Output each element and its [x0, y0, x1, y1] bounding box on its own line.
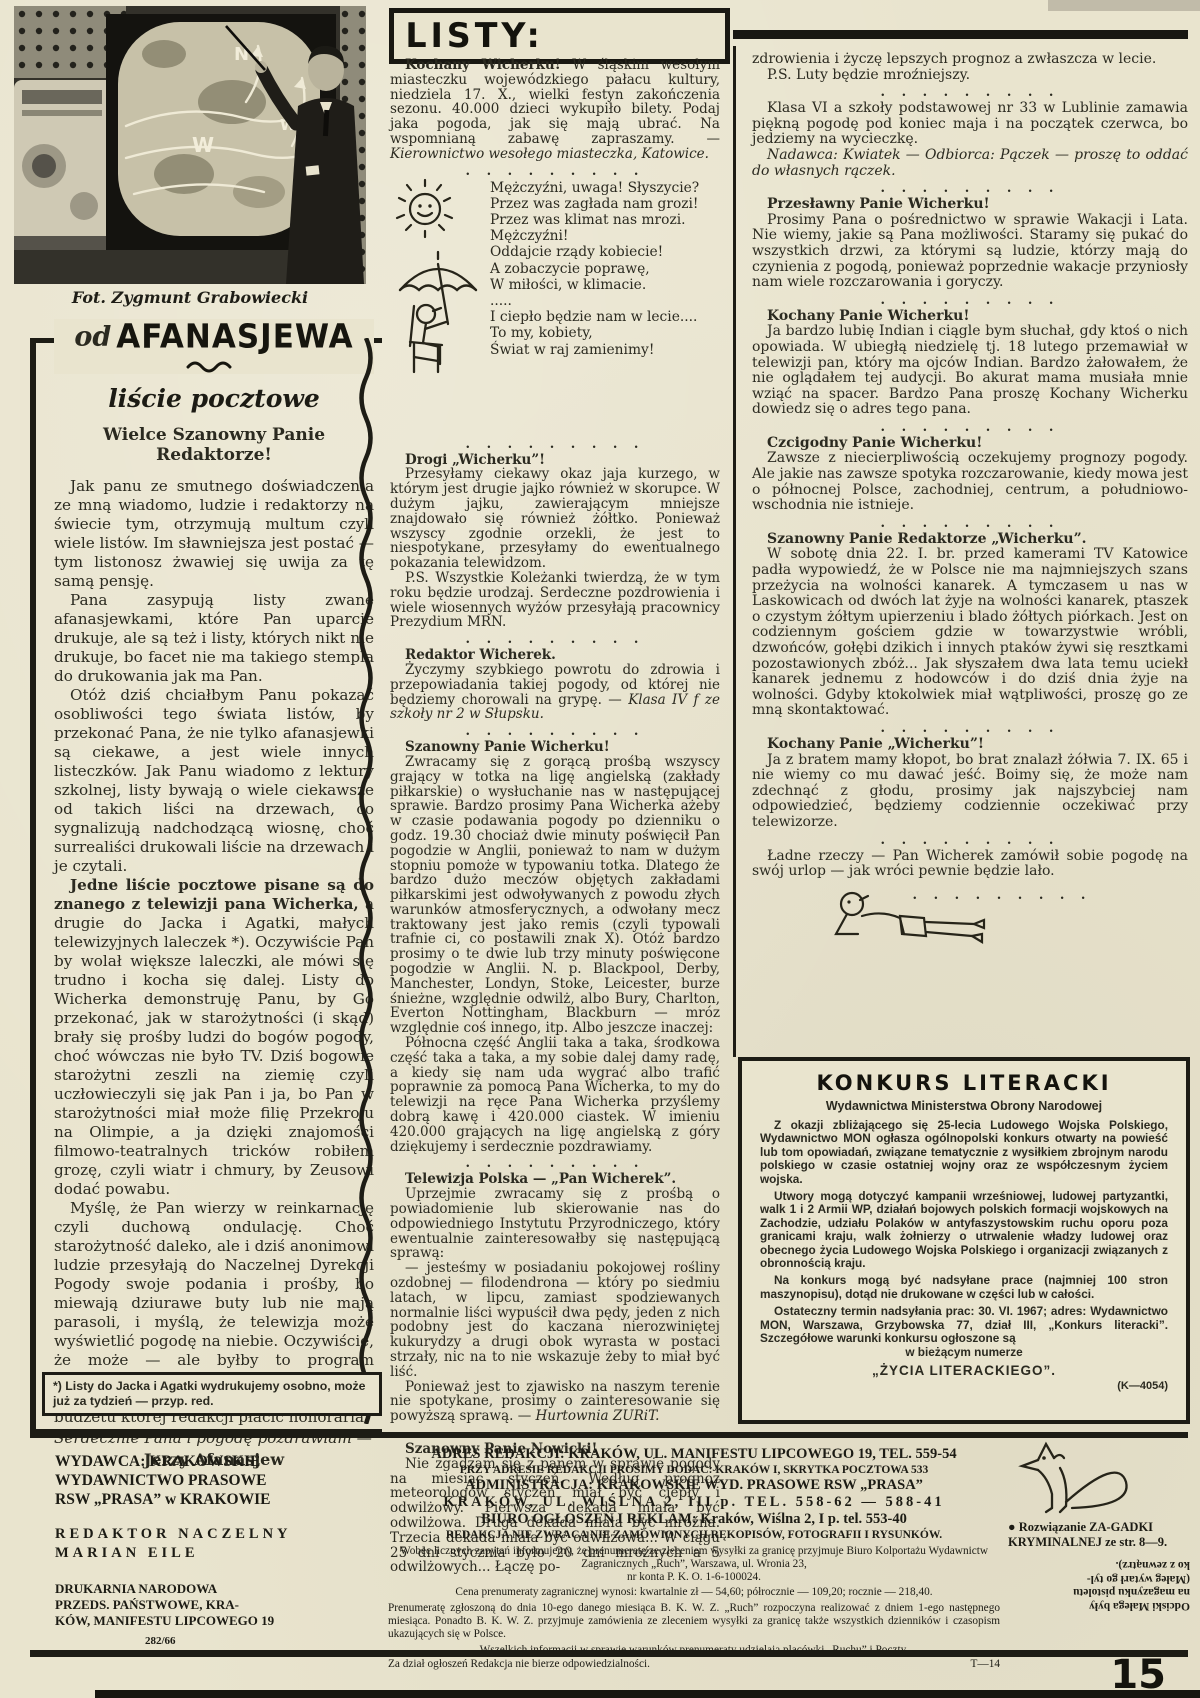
poem-line: .....: [490, 293, 720, 309]
printer-line: PRZEDS. PAŃSTWOWE, KRA-: [55, 1597, 360, 1613]
address-line: REDAKCJA NIE ZWRACA NIE ZAMÓWIONYCH RĘKO…: [388, 1528, 1000, 1542]
dotted-separator: . . . . . . . . .: [390, 1158, 720, 1169]
letter-heading: Przesławny Panie Wicherku!: [752, 197, 1188, 213]
footer-code: T—14: [971, 1658, 1001, 1670]
poem-line: Przez was klimat nas mrozi.: [490, 212, 720, 228]
subscription-line: nr konta P. K. O. 1-6-100024.: [388, 1571, 1000, 1584]
konkurs-title: KONKURS LITERACKI: [760, 1071, 1168, 1095]
letter-heading: Telewizja Polska — „Pan Wicherek”.: [390, 1172, 720, 1187]
letter-heading: Kochany Panie „Wicherku”!: [752, 737, 1188, 753]
page-edge-strip: [95, 1690, 1200, 1698]
konkurs-paragraph: w bieżącym numerze: [760, 1346, 1168, 1359]
letter-lead: Kochany Wicherku!: [405, 57, 561, 73]
address-line: KRAKÓW, UL. WIŚLNA 2, III p. TEL. 558-62…: [388, 1494, 1000, 1511]
poem-line: To my, kobiety,: [490, 325, 720, 341]
letter-body: Zwracamy się z gorącą prośbą wszyscy gra…: [390, 755, 720, 1036]
letter-body: P.S. Wszystkie Koleżanki twierdzą, że w …: [390, 571, 720, 630]
letters-column-right: zdrowienia i życzę lepszych prognoz a zw…: [752, 52, 1188, 946]
konkurs-literacki-box: KONKURS LITERACKI Wydawnictwa Ministerst…: [738, 1057, 1190, 1424]
poem-line: W miłości, w klimacie.: [490, 277, 720, 293]
letter-heading: Szanowny Panie Wicherku!: [390, 740, 720, 755]
letter-body: Prosimy Pana o pośrednictwo w sprawie Wa…: [752, 213, 1188, 291]
magazine-page: N W W Fot. Zygmunt Grabowiecki LISTY:: [0, 0, 1200, 1698]
letter-heading: Czcigodny Panie Wicherku!: [752, 436, 1188, 452]
dotted-separator: . . . . . . . . .: [752, 183, 1188, 194]
letter-heading: Redaktor Wicherek.: [390, 648, 720, 663]
article-footnote: *) Listy do Jacka i Agatki wydrukujemy o…: [53, 1379, 366, 1408]
dotted-separator: . . . . . . . . .: [752, 87, 1188, 98]
listy-title: LISTY:: [396, 19, 544, 53]
letter-ps: P.S. Luty będzie mroźniejszy.: [752, 68, 1188, 84]
letter-kochany-wicherku: Kochany Wicherku! W śląskim wesołym mias…: [390, 58, 720, 162]
letter-body: Ja bardzo lubię Indian i ciągle bym słuc…: [752, 324, 1188, 418]
printer-line: KÓW, MANIFESTU LIPCOWEGO 19: [55, 1613, 360, 1629]
poem-line: Oddajcie rządy kobiecie!: [490, 244, 720, 260]
publisher-line: WYDAWNICTWO PRASOWE: [55, 1471, 360, 1490]
letter-body: Ja z bratem mamy kłopot, bo brat znalazł…: [752, 753, 1188, 831]
subscription-line: Prenumeratę zgłoszoną do dnia 10-ego dan…: [388, 1602, 1000, 1640]
footer-address-block: ADRES REDAKCJI: KRAKÓW, UL. MANIFESTU LI…: [388, 1446, 1000, 1670]
poem-line: Przez was zagłada nam grozi!: [490, 196, 720, 212]
konkurs-paragraph: Ostateczny termin nadsyłania prac: 30. V…: [760, 1305, 1168, 1345]
article-footnote-box: *) Listy do Jacka i Agatki wydrukujemy o…: [42, 1372, 382, 1416]
printer-line: DRUKARNIA NARODOWA: [55, 1581, 360, 1597]
weather-map-illustration: N W W: [14, 6, 366, 284]
wavy-column-edge: [357, 338, 375, 1424]
konkurs-paragraph: Utwory mogą dotyczyć kampanii wrześniowe…: [760, 1190, 1168, 1270]
letter-body: Klasa VI a szkoły podstawowej nr 33 w Lu…: [752, 101, 1188, 148]
letter-body: Ponieważ jest to zjawisko na naszym tere…: [390, 1380, 720, 1424]
wavy-flourish-icon: [186, 358, 242, 374]
footer-bottom-rule: [30, 1650, 1188, 1657]
konkurs-paragraph: Z okazji zbliżającego się 25-lecia Ludow…: [760, 1119, 1168, 1186]
print-order-number: 282/66: [55, 1635, 360, 1647]
article-paragraph: Jedne liście pocztowe pisane są do znane…: [54, 876, 374, 1199]
dotted-separator: . . . . . . . . .: [902, 890, 1102, 901]
address-line: BIURO OGŁOSZEŃ I REKLAM: Kraków, Wiślna …: [388, 1511, 1000, 1528]
top-rule: [733, 30, 1188, 39]
subscription-line: Cena prenumeraty zagranicznej wynosi: kw…: [388, 1586, 1000, 1599]
address-line: ADRES REDAKCJI: KRAKÓW, UL. MANIFESTU LI…: [388, 1446, 1000, 1463]
dotted-separator: . . . . . . . . .: [390, 439, 720, 450]
article-title: od AFANASJEWA: [54, 319, 374, 374]
publisher-line: WYDAWCA: KRAKOWSKIE: [55, 1452, 360, 1471]
konkurs-subtitle: Wydawnictwa Ministerstwa Obrony Narodowe…: [760, 1099, 1168, 1113]
poem-line: Mężczyźni, uwaga! Słyszycie?: [490, 180, 720, 196]
riddle-solution-note: ● Rozwiązanie ZA-GADKI KRYMINALNEJ ze st…: [1008, 1520, 1190, 1550]
footer-riddle-block: ● Rozwiązanie ZA-GADKI KRYMINALNEJ ze st…: [1008, 1438, 1190, 1612]
listy-header-box: LISTY:: [389, 8, 730, 64]
fox-doodle-icon: [1008, 1438, 1138, 1518]
scan-artifact: [1048, 0, 1200, 11]
article-paragraph: Jak panu ze smutnego doświadczenia ze mn…: [54, 477, 374, 591]
dotted-separator: . . . . . . . . .: [752, 723, 1188, 734]
konkurs-zycie-literackie: „ŻYCIA LITERACKIEGO”.: [760, 1363, 1168, 1378]
riddle-answer-upside-down: Odciski Małega były na magazynku pistole…: [1008, 1558, 1190, 1612]
letter-body: Uprzejmie zwracamy się z prośbą o powiad…: [390, 1187, 720, 1261]
poem-line: I ciepło będzie nam w lecie....: [490, 309, 720, 325]
konkurs-paragraph: Na konkurs mogą być nadsyłane prace (naj…: [760, 1274, 1168, 1301]
afanasjew-article-frame: od AFANASJEWA liście pocztowe Wielce Sza…: [30, 338, 382, 1435]
letter-body: Północna część Anglii taka a taka, środk…: [390, 1036, 720, 1154]
poem-line: Świat w raj zamienimy!: [490, 342, 720, 358]
poem-line: A zobaczycie poprawę,: [490, 261, 720, 277]
letter-continuation: zdrowienia i życzę lepszych prognoz a zw…: [752, 52, 1188, 68]
bullet-icon: ●: [1008, 1520, 1016, 1534]
editor-name: MARIAN EILE: [55, 1544, 360, 1563]
letter-heading: Kochany Panie Wicherku!: [752, 309, 1188, 325]
letter-body: Ładne rzeczy — Pan Wicherek zamówił sobi…: [752, 849, 1188, 880]
article-title-main: AFANASJEWA: [116, 318, 353, 356]
editor-line: REDAKTOR NACZELNY: [55, 1525, 360, 1544]
poem-line: Mężczyźni!: [490, 228, 720, 244]
letters-column-middle: Kochany Wicherku! W śląskim wesołym mias…: [390, 58, 720, 1575]
letter-body: — jesteśmy w posiadaniu pokojowej roślin…: [390, 1261, 720, 1379]
letter-body: Zawsze z niecierpliwością oczekujemy pro…: [752, 451, 1188, 513]
letter-signature: Nadawca: Kwiatek — Odbiorca: Pączek — pr…: [752, 148, 1188, 179]
poem-block: Mężczyźni, uwaga! Słyszycie? Przez was z…: [490, 180, 720, 435]
letter-body: Przesyłamy ciekawy okaz jaja kurzego, w …: [390, 467, 720, 571]
dotted-separator: . . . . . . . . .: [390, 634, 720, 645]
dotted-separator: . . . . . . . . .: [752, 295, 1188, 306]
letter-body: W sobotę dnia 22. I. br. przed kamerami …: [752, 547, 1188, 719]
article-salutation: Wielce Szanowny Panie Redaktorze!: [54, 425, 374, 465]
umbrella-person-doodle-icon: [388, 242, 488, 377]
dotted-separator: . . . . . . . . .: [752, 835, 1188, 846]
column-divider: [733, 46, 736, 1057]
map-letter-w: W: [192, 133, 214, 157]
photo-caption: Fot. Zygmunt Grabowiecki: [14, 288, 366, 307]
map-letter-n: N: [234, 44, 249, 65]
address-line: PRZY ADRESIE REDAKCJI PROSIMY DODAĆ: KRA…: [388, 1463, 1000, 1477]
letter-heading: Drogi „Wicherku”!: [390, 453, 720, 468]
dotted-separator: . . . . . . . . .: [752, 422, 1188, 433]
address-line: ADMINISTRACJA: KRAKOWSKIE WYD. PRASOWE R…: [388, 1477, 1000, 1494]
reclining-person-doodle-icon: . . . . . . . . .: [752, 880, 1188, 946]
footer-publisher-block: WYDAWCA: KRAKOWSKIE WYDAWNICTWO PRASOWE …: [55, 1452, 360, 1647]
dotted-separator: . . . . . . . . .: [752, 518, 1188, 529]
article-title-prefix: od: [74, 322, 111, 353]
publisher-line: RSW „PRASA” w KRAKOWIE: [55, 1490, 360, 1509]
subscription-line: Wobec licznych zapytań informujemy, że p…: [388, 1545, 1000, 1571]
article-paragraph: Pana zasypują listy zwane afanasjewkami,…: [54, 591, 374, 686]
disclaimer-line: Za dział ogłoszeń Redakcja nie bierze od…: [388, 1658, 650, 1670]
weatherman-photo: N W W: [14, 6, 366, 284]
dotted-separator: . . . . . . . . .: [390, 726, 720, 737]
konkurs-code: (K—4054): [760, 1380, 1168, 1392]
letter-body: Życzymy szybkiego powrotu do zdrowia i p…: [390, 663, 720, 722]
letter-heading: Szanowny Panie Redaktorze „Wicherku”.: [752, 532, 1188, 548]
article-paragraph: Otóż dziś chciałbym Panu pokazać osobliw…: [54, 686, 374, 876]
article-subtitle: liście pocztowe: [54, 384, 374, 413]
sun-doodle-icon: [390, 172, 460, 242]
